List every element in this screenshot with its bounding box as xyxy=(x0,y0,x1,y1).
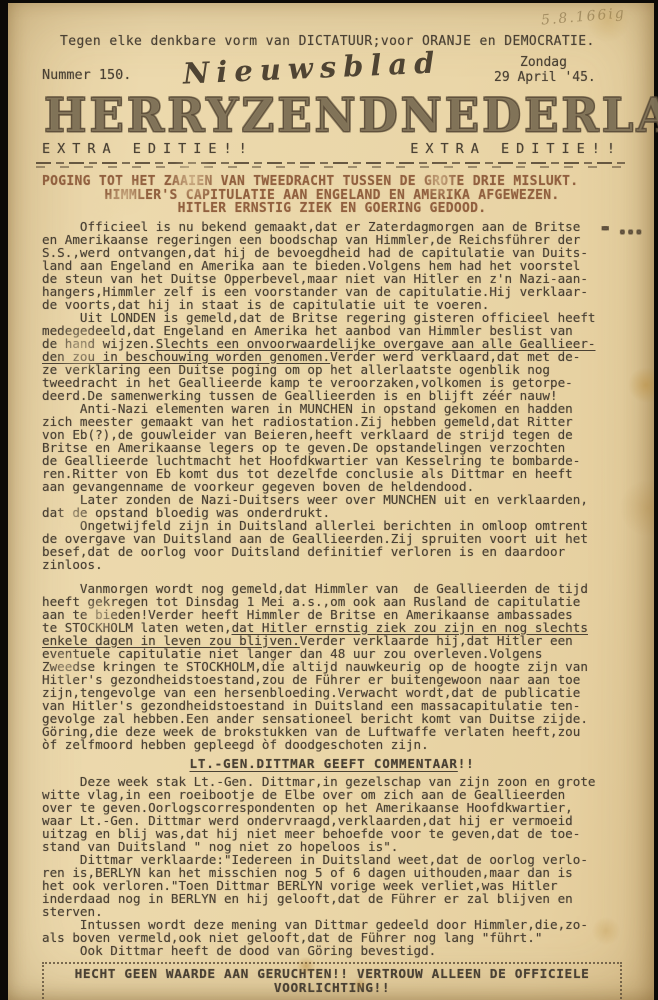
text-line: HIMMLER'S CAPITULATIE AAN ENGELAND EN AM… xyxy=(42,189,622,203)
article-list: Officieel is nu bekend gemaakt,dat er Za… xyxy=(42,220,622,957)
handwritten-script-title: Nieuwsblad xyxy=(131,43,495,93)
text-line: besef,dat de oorlog voor Duitsland defin… xyxy=(42,545,622,558)
paragraph: Intussen wordt deze mening van Dittmar g… xyxy=(42,918,622,944)
paragraph: Uit LONDEN is gemeld,dat de Britse reger… xyxy=(42,311,622,402)
issue-number: Nummer 150. xyxy=(42,67,131,83)
paragraph: Ook Dittmar heeft de dood van Göring bev… xyxy=(42,944,622,957)
newspaper-page: 5.8.166ig Tegen elke denkbare vorm van D… xyxy=(8,3,654,1000)
weekday: Zondag xyxy=(494,55,622,70)
paragraph: Officieel is nu bekend gemaakt,dat er Za… xyxy=(42,220,622,311)
paragraph: Anti-Nazi elementen waren in MUNCHEN in … xyxy=(42,402,622,493)
paragraph: Vanmorgen wordt nog gemeld,dat Himmler v… xyxy=(42,582,622,751)
text-line: zinloos. xyxy=(42,558,622,571)
title-word: NEDERLAND xyxy=(401,93,658,139)
text-line: Ook Dittmar heeft de dood van Göring bev… xyxy=(42,944,622,957)
page-content: Tegen elke denkbare vorm van DICTATUUR;v… xyxy=(42,3,622,1000)
text-line: òf zelfmoord hebben gepleegd òf doodgesc… xyxy=(42,738,622,751)
date-block: Zondag 29 April '45. xyxy=(494,55,622,85)
extra-edition-left: EXTRA EDITIE!! xyxy=(42,141,254,157)
extra-edition-row: EXTRA EDITIE!! EXTRA EDITIE!! xyxy=(42,141,622,157)
issue-date: 29 April '45. xyxy=(494,70,622,85)
masthead-motto: Tegen elke denkbare vorm van DICTATUUR;v… xyxy=(42,34,622,49)
official-warning-box: HECHT GEEN WAARDE AAN GERUCHTEN!! VERTRO… xyxy=(42,962,622,1000)
newspaper-title: HERRYZEND NEDERLAND - ... xyxy=(42,93,622,139)
headline: POGING TOT HET ZAAIEN VAN TWEEDRACHT TUS… xyxy=(42,175,622,216)
paragraph: Later zonden de Nazi-Duitsers weer over … xyxy=(42,493,622,519)
masthead-row: Nummer 150. Nieuwsblad Zondag 29 April '… xyxy=(42,55,622,89)
paragraph: Dittmar verklaarde:"Iedereen in Duitslan… xyxy=(42,853,622,918)
handwritten-dash: - ... xyxy=(601,205,644,251)
paragraph: Deze week stak Lt.-Gen. Dittmar,in gezel… xyxy=(42,775,622,853)
text-line: HITLER ERNSTIG ZIEK EN GOERING GEDOOD. xyxy=(42,202,622,216)
extra-edition-right: EXTRA EDITIE!! xyxy=(410,141,622,157)
dashed-divider xyxy=(36,162,628,168)
paragraph: Ongetwijfeld zijn in Duitsland allerlei … xyxy=(42,519,622,571)
section-heading: LT.-GEN.DITTMAR GEEFT COMMENTAAR!! xyxy=(42,757,622,770)
text-line: POGING TOT HET ZAAIEN VAN TWEEDRACHT TUS… xyxy=(42,175,622,189)
title-word: HERRYZEND xyxy=(44,93,401,139)
text-line: inderdaad nog in BERLYN en hij gelooft,d… xyxy=(42,892,622,905)
